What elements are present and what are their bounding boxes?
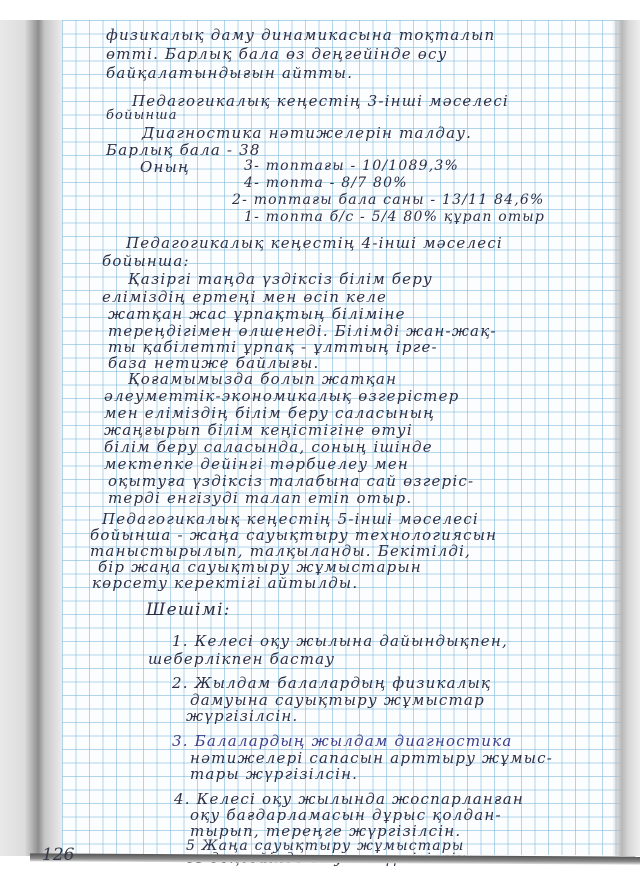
section-5-line-5: көрсету керектігі айтылды. (92, 574, 358, 592)
intro-line-1: физикалық даму динамикасына тоқталып (106, 26, 495, 44)
decision-2-line-3: жүргізілсін. (186, 707, 298, 725)
decision-1-line-1: 1. Келесі оқу жылына дайындықпен, (172, 632, 508, 650)
result-group-4: 4- топта - 8/7 80% (244, 175, 408, 191)
decision-1-line-2: шеберлікпен бастау (148, 650, 335, 668)
total-children: Барлық бала - 38 (106, 141, 261, 159)
section-4-line-3: жатқан жас ұрпақтың біліміне (108, 305, 406, 323)
section-3-heading-1: Педагогикалық кеңестің 3-інші мәселесі (132, 92, 509, 110)
notebook-binding-edge (0, 20, 62, 856)
section-4-line-12: мектепке дейінгі тәрбиелеу мен (104, 455, 409, 473)
section-4-line-8: әлеуметтік-экономикалық өзгерістер (104, 387, 459, 405)
section-4-line-11: білім беру саласында, соның ішінде (104, 438, 433, 456)
section-4-heading-2: бойынша: (102, 252, 190, 270)
section-4-line-10: жаңғырып білім кеңістігіне өтуі (104, 421, 413, 439)
result-group-3: 3- топтағы - 10/1089,3% (244, 158, 459, 174)
page-number: 126 (42, 845, 74, 865)
decision-3-line-1: 3. Балалардың жылдам диагностика (172, 732, 512, 750)
section-4-line-14: терді енгізуді талап етіп отыр. (108, 489, 412, 507)
section-3-heading-2: бойынша (106, 108, 178, 123)
result-group-1: 1- топта б/с - 5/4 80% құрап отыр (244, 209, 545, 225)
section-4-line-2: еліміздің ертеңі мен өсіп келе (102, 288, 387, 306)
result-group-2: 2- топтағы бала саны - 13/11 84,6% (232, 192, 544, 208)
notebook-page: физикалық даму динамикасына тоқталып өтт… (62, 20, 640, 855)
notebook-bottom-edge (30, 853, 640, 864)
intro-line-2: өтті. Барлық бала өз деңгейінде өсу (106, 45, 447, 63)
decision-3-line-3: тары жүргізілсін. (190, 765, 358, 783)
intro-line-3: байқалатындығын айтты. (106, 64, 353, 82)
section-4-line-7: Қоғамымызда болып жатқан (128, 370, 397, 388)
results-label: Оның (140, 158, 190, 176)
section-4-line-13: оқытуға үздіксіз талабына сай өзгеріс- (108, 472, 474, 490)
page-fold-shadow (612, 20, 640, 856)
section-4-line-9: мен еліміздің білім беру саласының (104, 404, 435, 422)
decision-2-line-1: 2. Жылдам балалардың физикалық (172, 674, 491, 692)
section-3-subtitle: Диагностика нәтижелерін талдау. (142, 124, 472, 142)
section-4-heading-1: Педагогикалық кеңестің 4-інші мәселесі (126, 234, 503, 252)
decisions-title: Шешімі: (146, 600, 231, 620)
section-4-line-1: Қазіргі таңда үздіксіз білім беру (128, 270, 433, 288)
